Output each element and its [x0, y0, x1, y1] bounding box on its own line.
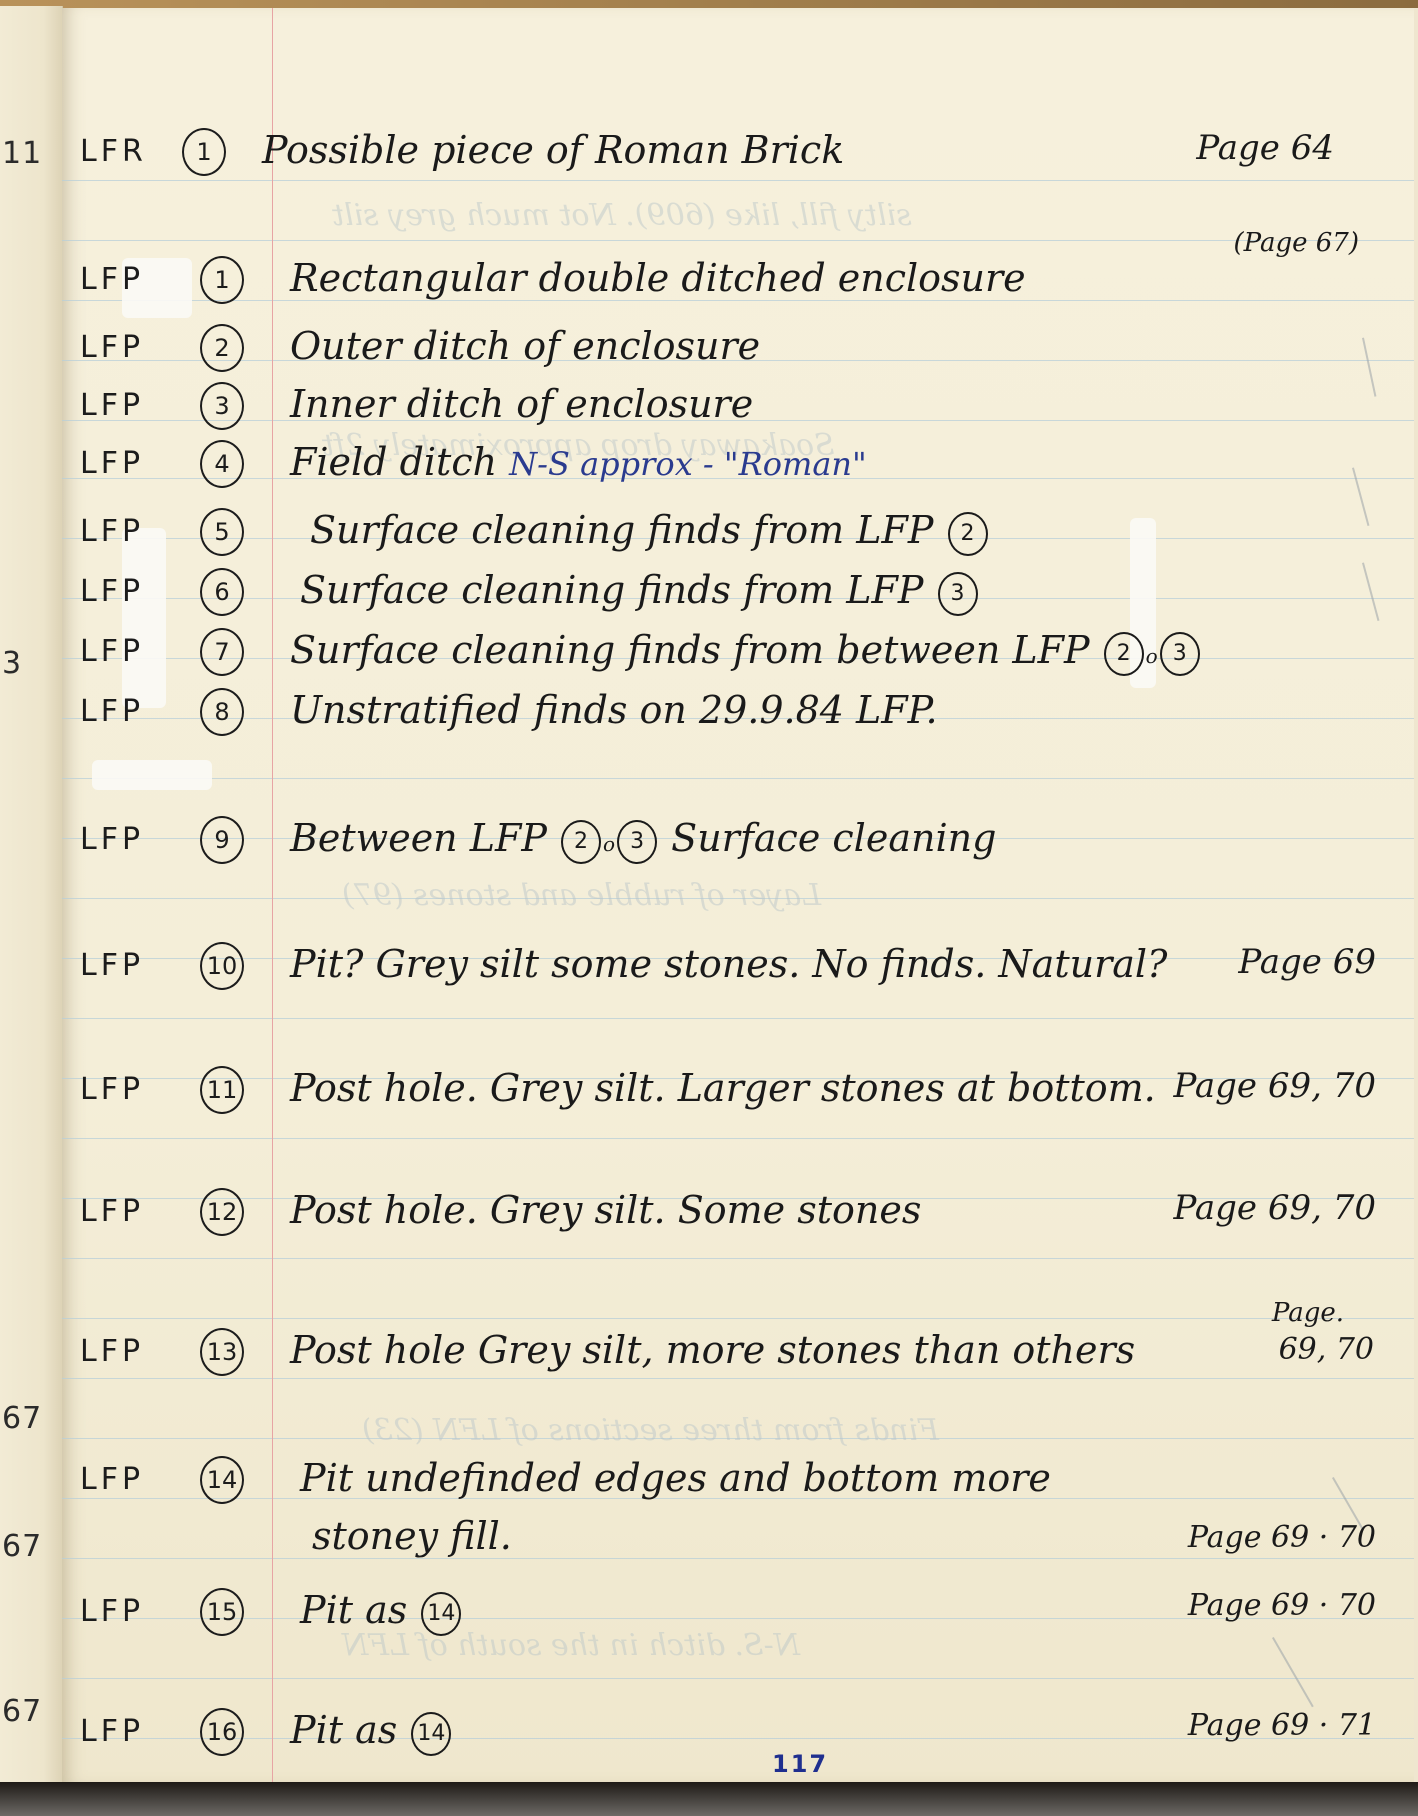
register-entry: LFP 7 Surface cleaning finds from betwee…	[62, 628, 1414, 688]
entry-number-circle: 8	[200, 688, 244, 736]
entry-description: Post hole Grey silt, more stones than ot…	[290, 1328, 1135, 1372]
entry-code: LFP	[80, 514, 144, 549]
entry-number-circle: 7	[200, 628, 244, 676]
facing-page-mark: 3	[2, 646, 22, 681]
blue-ink-annotation: N-S approx - "Roman"	[509, 445, 867, 483]
entry-description: Surface cleaning finds from LFP 3	[300, 568, 980, 616]
context-ref-circle: 14	[421, 1592, 461, 1636]
entry-description: Pit? Grey silt some stones. No finds. Na…	[290, 942, 1167, 986]
ruled-line	[62, 1258, 1414, 1259]
register-entry: LFP 6 Surface cleaning finds from LFP 3	[62, 568, 1414, 628]
entry-code: LFP	[80, 574, 144, 609]
facing-page-mark: 11	[2, 136, 42, 171]
entry-page-ref: Page 69 · 70	[1188, 1588, 1376, 1623]
bleed-through-text: Finds from three sections of LFN (23)	[362, 1413, 939, 1448]
entry-description-text: Surface cleaning finds from LFP	[310, 508, 933, 552]
entry-code: LFP	[80, 822, 144, 857]
entry-page-ref-label: Page.	[1272, 1298, 1344, 1328]
register-entry: LFP 8 Unstratified finds on 29.9.84 LFP.	[62, 688, 1414, 748]
entry-number-circle: 5	[200, 508, 244, 556]
entry-description: Outer ditch of enclosure	[290, 324, 760, 368]
entry-description: Rectangular double ditched enclosure	[290, 256, 1026, 300]
entry-code: LFP	[80, 1334, 144, 1369]
entry-description-text: Pit as	[290, 1708, 397, 1752]
ruled-line	[62, 240, 1414, 241]
entry-description: Post hole. Grey silt. Larger stones at b…	[290, 1066, 1156, 1110]
entry-number-circle: 10	[200, 942, 244, 990]
register-entry: LFP 5 Surface cleaning finds from LFP 2	[62, 508, 1414, 568]
register-entry: LFP 10 Pit? Grey silt some stones. No fi…	[62, 942, 1414, 1002]
entry-description: Surface cleaning finds from LFP 2	[310, 508, 990, 556]
entry-code: LFP	[80, 262, 144, 297]
facing-page-mark: 67	[2, 1529, 42, 1564]
entry-code: LFP	[80, 1462, 144, 1497]
entry-description-text: Field ditch	[290, 440, 497, 484]
entry-description: Possible piece of Roman Brick	[262, 128, 844, 172]
entry-code: LFP	[80, 694, 144, 729]
entry-page-ref: Page 69	[1238, 942, 1376, 982]
entry-description-text: Between LFP	[290, 816, 547, 860]
ruled-line	[62, 1318, 1414, 1319]
ruled-line	[62, 1678, 1414, 1679]
entry-description: Between LFP 2o3 Surface cleaning	[290, 816, 996, 864]
context-ref-circle: 3	[1160, 632, 1200, 676]
entry-description-text: Surface cleaning finds from between LFP	[290, 628, 1090, 672]
entry-page-ref: 69, 70	[1279, 1332, 1374, 1367]
book-top-edge	[0, 0, 1418, 8]
ruled-line	[62, 1558, 1414, 1559]
notebook: 11 3 67 67 67 silty fi	[0, 0, 1418, 1790]
bleed-through-text: Layer of rubble and stones (97)	[342, 878, 821, 913]
entry-description: Inner ditch of enclosure	[290, 382, 753, 426]
entry-description: Unstratified finds on 29.9.84 LFP.	[290, 688, 938, 732]
entry-number-circle: 4	[200, 440, 244, 488]
entry-description: Pit as 14	[300, 1588, 463, 1636]
entry-code: LFP	[80, 634, 144, 669]
entry-number-circle: 3	[200, 382, 244, 430]
entry-number-circle: 14	[200, 1456, 244, 1504]
register-entry: LFP 15 Pit as 14 Page 69 · 70	[62, 1588, 1414, 1648]
register-entry: LFP 11 Post hole. Grey silt. Larger ston…	[62, 1066, 1414, 1126]
correction-fluid-patch	[92, 760, 212, 790]
entry-description-text: Pit as	[300, 1588, 407, 1632]
entry-page-ref: Page 64	[1196, 128, 1334, 168]
entry-number-circle: 9	[200, 816, 244, 864]
entry-description: Surface cleaning finds from between LFP …	[290, 628, 1202, 676]
bleed-through-text: silty fill, like (609). Not much grey si…	[332, 198, 912, 233]
entry-number-circle: 13	[200, 1328, 244, 1376]
entry-code: LFP	[80, 1594, 144, 1629]
context-ref-circle: 2	[1104, 632, 1144, 676]
register-entry: LFP 3 Inner ditch of enclosure	[62, 382, 1414, 442]
entry-code: LFP	[80, 948, 144, 983]
register-entry: LFP 16 Pit as 14 Page 69 · 71	[62, 1708, 1414, 1768]
notebook-page: silty fill, like (609). Not much grey si…	[62, 8, 1414, 1782]
context-ref-circle: 2	[561, 820, 601, 864]
entry-description-line2: stoney fill.	[312, 1514, 512, 1558]
entry-number-circle: 12	[200, 1188, 244, 1236]
register-entry: LFP 14 Pit undefinded edges and bottom m…	[62, 1456, 1414, 1516]
ruled-line	[62, 1018, 1414, 1019]
register-entry: LFP 12 Post hole. Grey silt. Some stones…	[62, 1188, 1414, 1248]
entry-number-circle: 6	[200, 568, 244, 616]
ruled-line	[62, 1138, 1414, 1139]
register-entry: LFP 13 Post hole Grey silt, more stones …	[62, 1328, 1414, 1388]
context-ref-circle: 3	[938, 572, 978, 616]
entry-number-circle: 16	[200, 1708, 244, 1756]
facing-page-mark: 67	[2, 1694, 42, 1729]
entry-page-ref: Page 69, 70	[1174, 1188, 1376, 1228]
entry-description-text: Surface cleaning	[671, 816, 996, 860]
page-number: 117	[772, 1750, 828, 1778]
entry-code: LFP	[80, 330, 144, 365]
entry-description: Pit as 14	[290, 1708, 453, 1756]
register-entry: LFP 9 Between LFP 2o3 Surface cleaning	[62, 816, 1414, 876]
facing-page-mark: 67	[2, 1401, 42, 1436]
entry-page-ref: Page 69 · 71	[1188, 1708, 1376, 1743]
ruled-line	[62, 778, 1414, 779]
register-entry: LFR 1 Possible piece of Roman Brick Page…	[62, 128, 1414, 188]
register-entry: LFP 2 Outer ditch of enclosure	[62, 324, 1414, 384]
entry-code: LFP	[80, 1072, 144, 1107]
book-bottom-edge	[0, 1782, 1418, 1816]
entry-number-circle: 2	[200, 324, 244, 372]
entry-code: LFP	[80, 446, 144, 481]
register-entry: LFP 4 Field ditch N-S approx - "Roman"	[62, 440, 1414, 500]
entry-number-circle: 1	[182, 128, 226, 176]
entry-page-ref: Page 69 · 70	[1188, 1520, 1376, 1555]
facing-page-edge: 11 3 67 67 67	[0, 6, 63, 1782]
entry-number-circle: 1	[200, 256, 244, 304]
context-ref-circle: 3	[617, 820, 657, 864]
entry-number-circle: 11	[200, 1066, 244, 1114]
context-ref-circle: 2	[948, 512, 988, 556]
entry-description-text: Surface cleaning finds from LFP	[300, 568, 923, 612]
entry-description: Post hole. Grey silt. Some stones	[290, 1188, 921, 1232]
entry-description: Field ditch N-S approx - "Roman"	[290, 440, 867, 484]
register-entry: LFP 1 Rectangular double ditched enclosu…	[62, 256, 1414, 316]
entry-number-circle: 15	[200, 1588, 244, 1636]
entry-page-ref: Page 69, 70	[1174, 1066, 1376, 1106]
entry-code: LFR	[80, 134, 147, 169]
entry-description: Pit undefinded edges and bottom more	[300, 1456, 1051, 1500]
entry-code: LFP	[80, 1194, 144, 1229]
context-ref-circle: 14	[411, 1712, 451, 1756]
entry-code: LFP	[80, 1714, 144, 1749]
entry-code: LFP	[80, 388, 144, 423]
entry-page-ref: (Page 67)	[1234, 228, 1360, 258]
